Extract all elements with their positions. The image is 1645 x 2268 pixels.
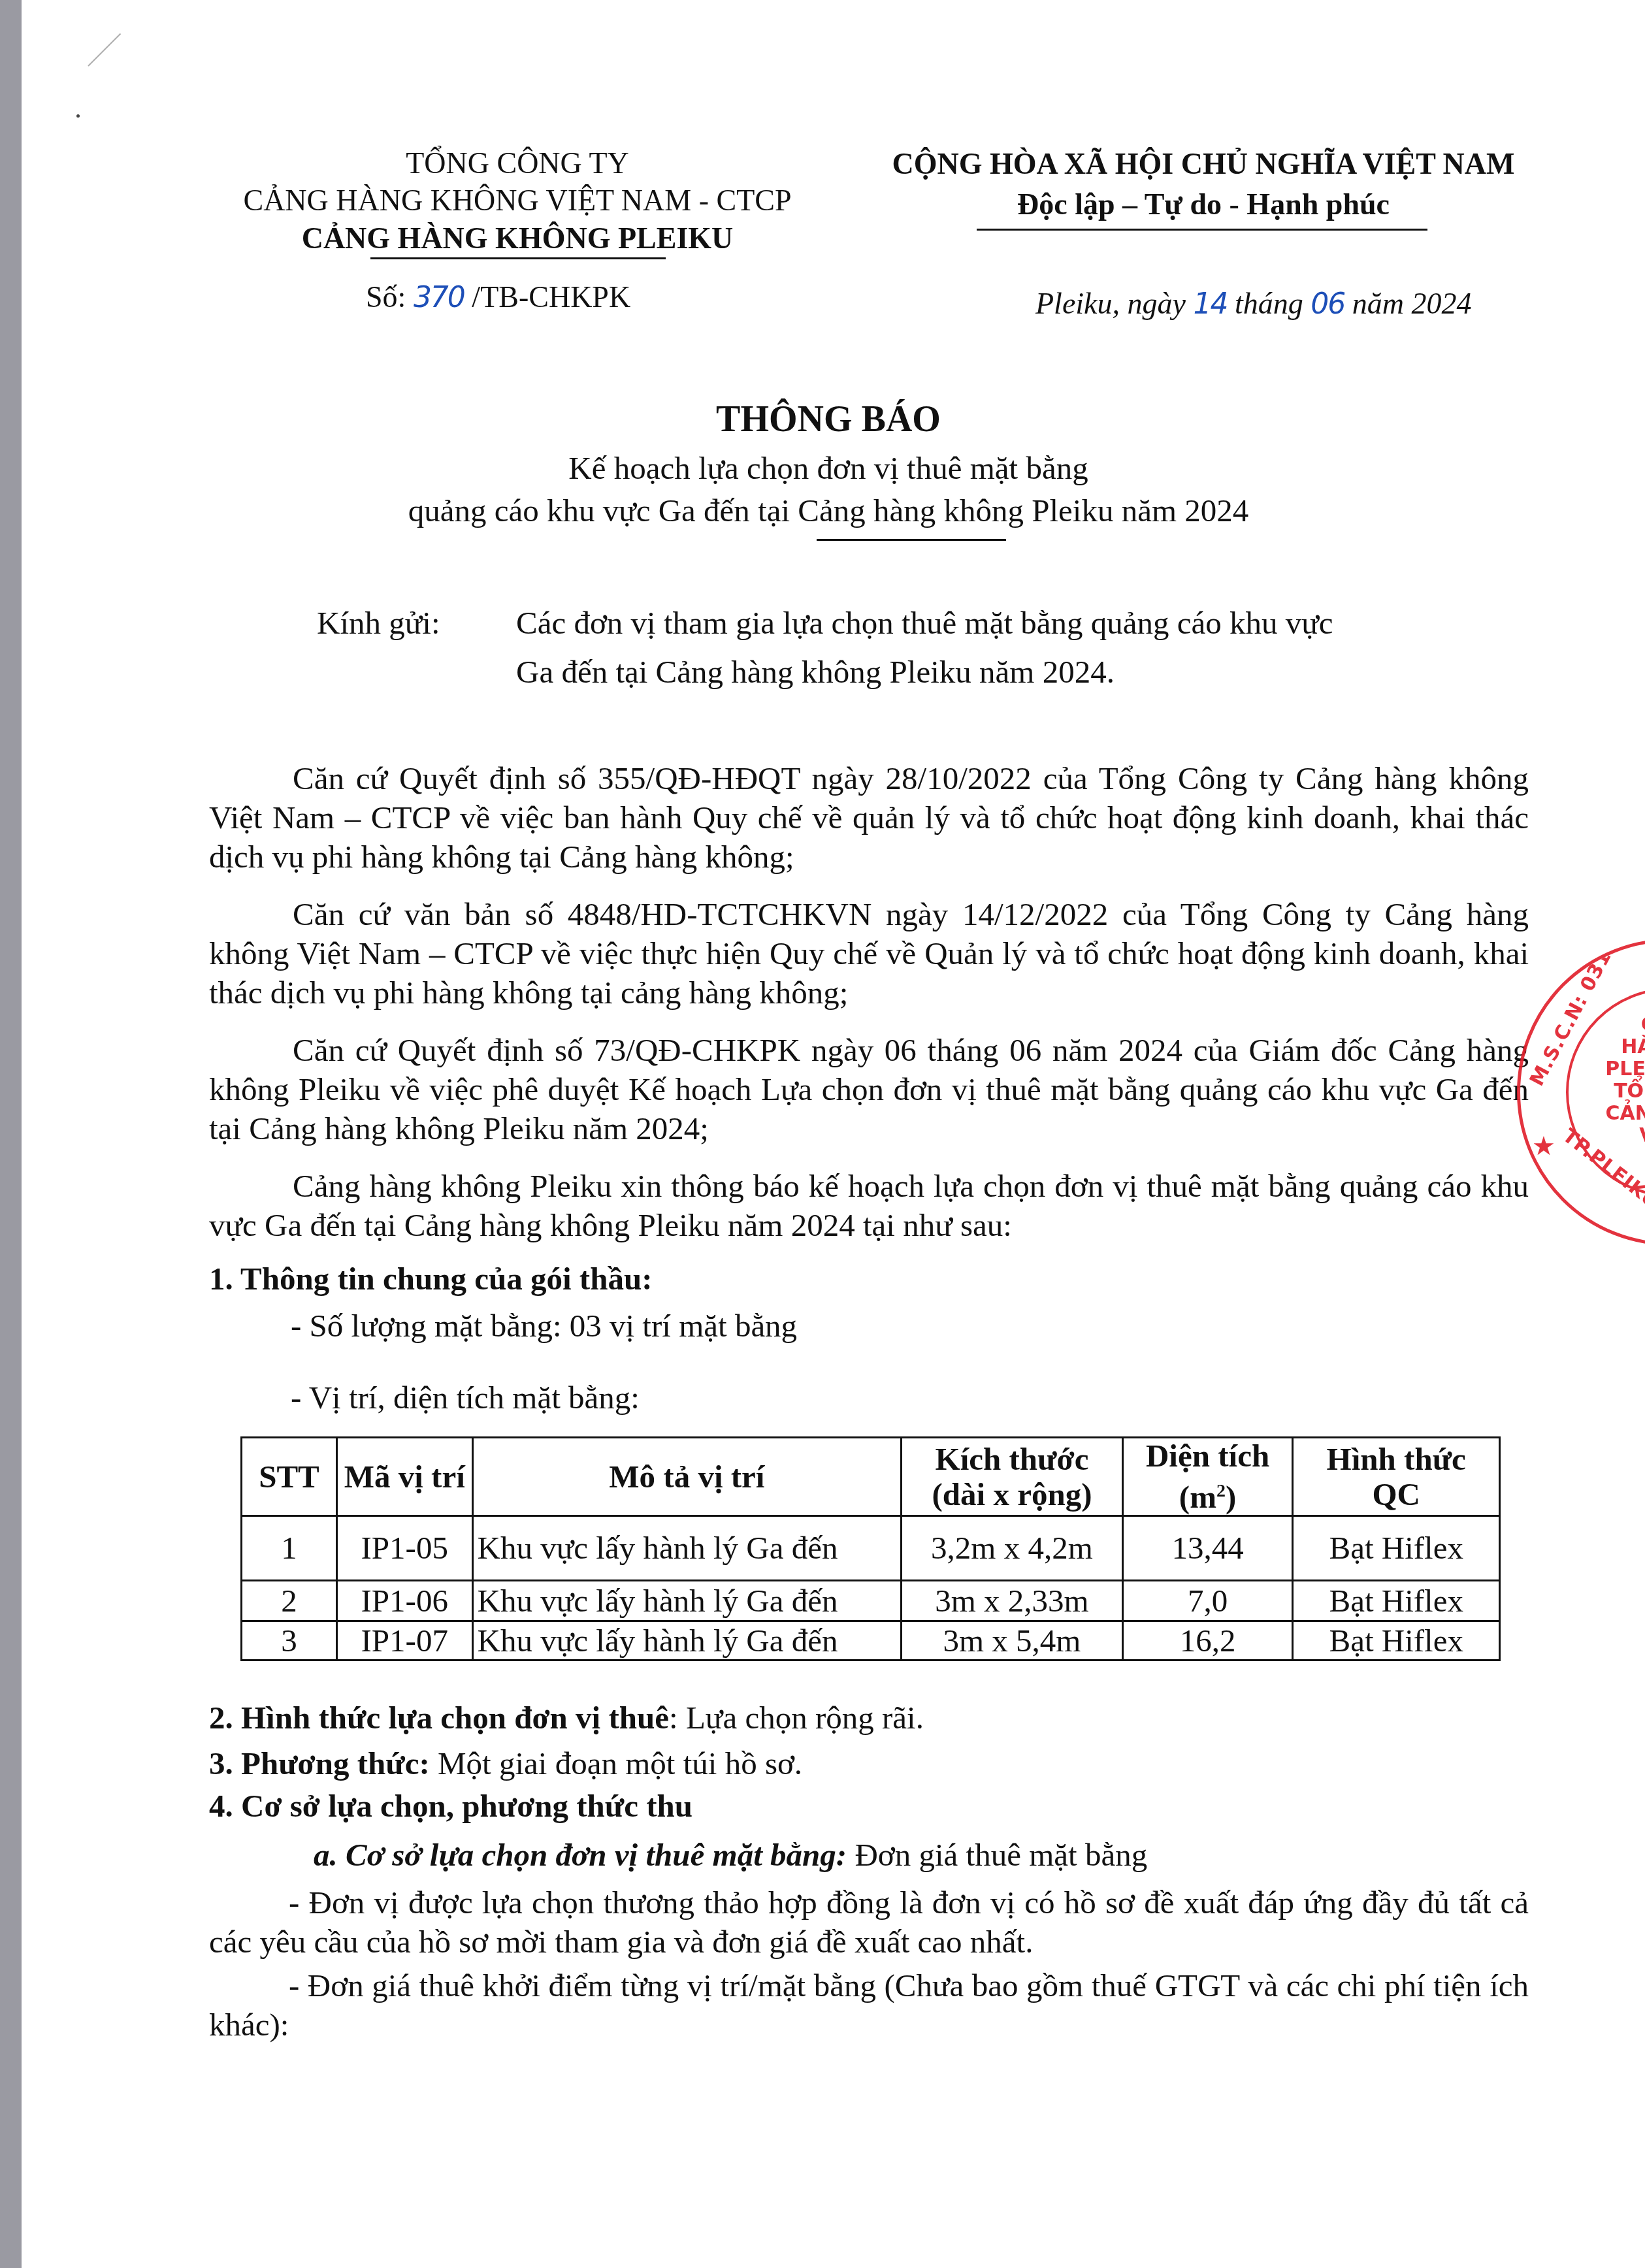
cell-area: 7,0 [1122,1581,1293,1621]
col-header-area: Diện tích(m2) [1122,1438,1293,1516]
cell-description: Khu vực lấy hành lý Ga đến [472,1621,902,1660]
section4-sub-a: a. Cơ sở lựa chọn đơn vị thuê mặt bằng: … [314,1836,1147,1875]
notice-title: THÔNG BÁO [716,398,941,440]
scan-edge [0,0,22,2268]
cell-stt: 2 [242,1581,337,1621]
paragraph-announcement: Cảng hàng không Pleiku xin thông báo kế … [209,1167,1529,1245]
date-month-handwritten: 06 [1311,287,1344,321]
stamp-center-text: CẢNHÀNG KPLEIKU-CHTỔNG CÔCẢNG HÀNVIỆT-CT [1592,1014,1645,1169]
cell-ad-form: Bạt Hiflex [1293,1581,1500,1621]
cell-code: IP1-05 [336,1516,472,1581]
section1-bullet-quantity: - Số lượng mặt bằng: 03 vị trí mặt bằng [291,1306,797,1346]
cell-area: 13,44 [1122,1516,1293,1581]
table-header-row: STT Mã vị trí Mô tả vị trí Kích thước(dà… [242,1438,1500,1516]
recipient-label: Kính gửi: [317,604,440,641]
cell-description: Khu vực lấy hành lý Ga đến [472,1581,902,1621]
doc-no-prefix: Số: [366,280,406,314]
col-header-size: Kích thước(dài x rộng) [902,1438,1123,1516]
stamp-line: HÀNG K [1592,1036,1645,1058]
notice-subtitle-line2: quảng cáo khu vực Ga đến tại Cảng hàng k… [408,492,1249,529]
cell-ad-form: Bạt Hiflex [1293,1621,1500,1660]
col-header-stt: STT [242,1438,337,1516]
date-prefix: Pleiku, ngày [1035,287,1186,320]
col-header-ad-form: Hình thứcQC [1293,1438,1500,1516]
section4-bullet-selection: - Đơn vị được lựa chọn thương thảo hợp đ… [209,1883,1529,1962]
date-month-label: tháng [1235,287,1303,320]
document-date: Pleiku, ngày 14 tháng 06 năm 2024 [1035,285,1471,323]
document-number: Số: 370 /TB-CHKPK [366,279,630,316]
stamp-line: -CT [1592,1147,1645,1169]
section3: 3. Phương thức: Một giai đoạn một túi hồ… [209,1744,802,1783]
col-header-code: Mã vị trí [336,1438,472,1516]
doc-no-handwritten: 370 [414,281,464,314]
cell-size: 3m x 2,33m [902,1581,1123,1621]
nation-title: CỘNG HÒA XÃ HỘI CHỦ NGHĨA VIỆT NAM [892,146,1515,182]
cell-code: IP1-06 [336,1581,472,1621]
section4-bullet-starting-price: - Đơn giá thuê khởi điểm từng vị trí/mặt… [209,1966,1529,2045]
premises-table: STT Mã vị trí Mô tả vị trí Kích thước(dà… [240,1436,1501,1661]
stamp-line: PLEIKU-CH [1592,1058,1645,1080]
stamp-line: VIỆT [1592,1125,1645,1147]
org-name-line2: CẢNG HÀNG KHÔNG VIỆT NAM - CTCP [243,182,791,219]
paragraph-basis-3: Căn cứ Quyết định số 73/QĐ-CHKPK ngày 06… [209,1031,1529,1148]
notice-subtitle-line1: Kế hoạch lựa chọn đơn vị thuê mặt bằng [568,449,1088,487]
stamp-line: CẢN [1592,1014,1645,1036]
date-year: năm 2024 [1352,287,1472,320]
paragraph-basis-1: Căn cứ Quyết định số 355/QĐ-HĐQT ngày 28… [209,759,1529,877]
title-underline [817,539,1006,541]
recipient-line2: Ga đến tại Cảng hàng không Pleiku năm 20… [516,653,1115,690]
stamp-line: CẢNG HÀN [1592,1103,1645,1125]
nation-motto: Độc lập – Tự do - Hạnh phúc [1017,186,1390,223]
table-row: 3IP1-07Khu vực lấy hành lý Ga đến3m x 5,… [242,1621,1500,1660]
motto-underline [977,229,1427,231]
cell-size: 3m x 5,4m [902,1621,1123,1660]
section2: 2. Hình thức lựa chọn đơn vị thuê: Lựa c… [209,1698,924,1738]
doc-no-suffix: /TB-CHKPK [472,280,630,314]
scan-dot [76,114,80,118]
cell-code: IP1-07 [336,1621,472,1660]
paragraph-basis-2: Căn cứ văn bản số 4848/HD-TCTCHKVN ngày … [209,895,1529,1012]
table-row: 1IP1-05Khu vực lấy hành lý Ga đến3,2m x … [242,1516,1500,1581]
cell-area: 16,2 [1122,1621,1293,1660]
org-name-line1: TỔNG CÔNG TY [406,145,629,182]
stamp-line: TỔNG CÔ [1592,1080,1645,1103]
date-day-handwritten: 14 [1193,287,1227,321]
table-row: 2IP1-06Khu vực lấy hành lý Ga đến3m x 2,… [242,1581,1500,1621]
section1-bullet-location: - Vị trí, diện tích mặt bằng: [291,1378,640,1417]
section4-heading: 4. Cơ sở lựa chọn, phương thức thu [209,1787,692,1826]
cell-ad-form: Bạt Hiflex [1293,1516,1500,1581]
col-header-description: Mô tả vị trí [472,1438,902,1516]
cell-description: Khu vực lấy hành lý Ga đến [472,1516,902,1581]
section1-heading: 1. Thông tin chung của gói thầu: [209,1259,653,1299]
cell-size: 3,2m x 4,2m [902,1516,1123,1581]
cell-stt: 1 [242,1516,337,1581]
recipient-line1: Các đơn vị tham gia lựa chọn thuê mặt bằ… [516,604,1333,641]
cell-stt: 3 [242,1621,337,1660]
star-icon: ★ [1532,1131,1556,1161]
official-stamp: M.S.C.N: 0311638 TP.PLEIKU ★ CẢNHÀNG KPL… [1517,939,1645,1246]
org-underline [370,257,666,259]
org-name-line3: CẢNG HÀNG KHÔNG PLEIKU [302,220,734,257]
scan-mark [88,33,121,67]
